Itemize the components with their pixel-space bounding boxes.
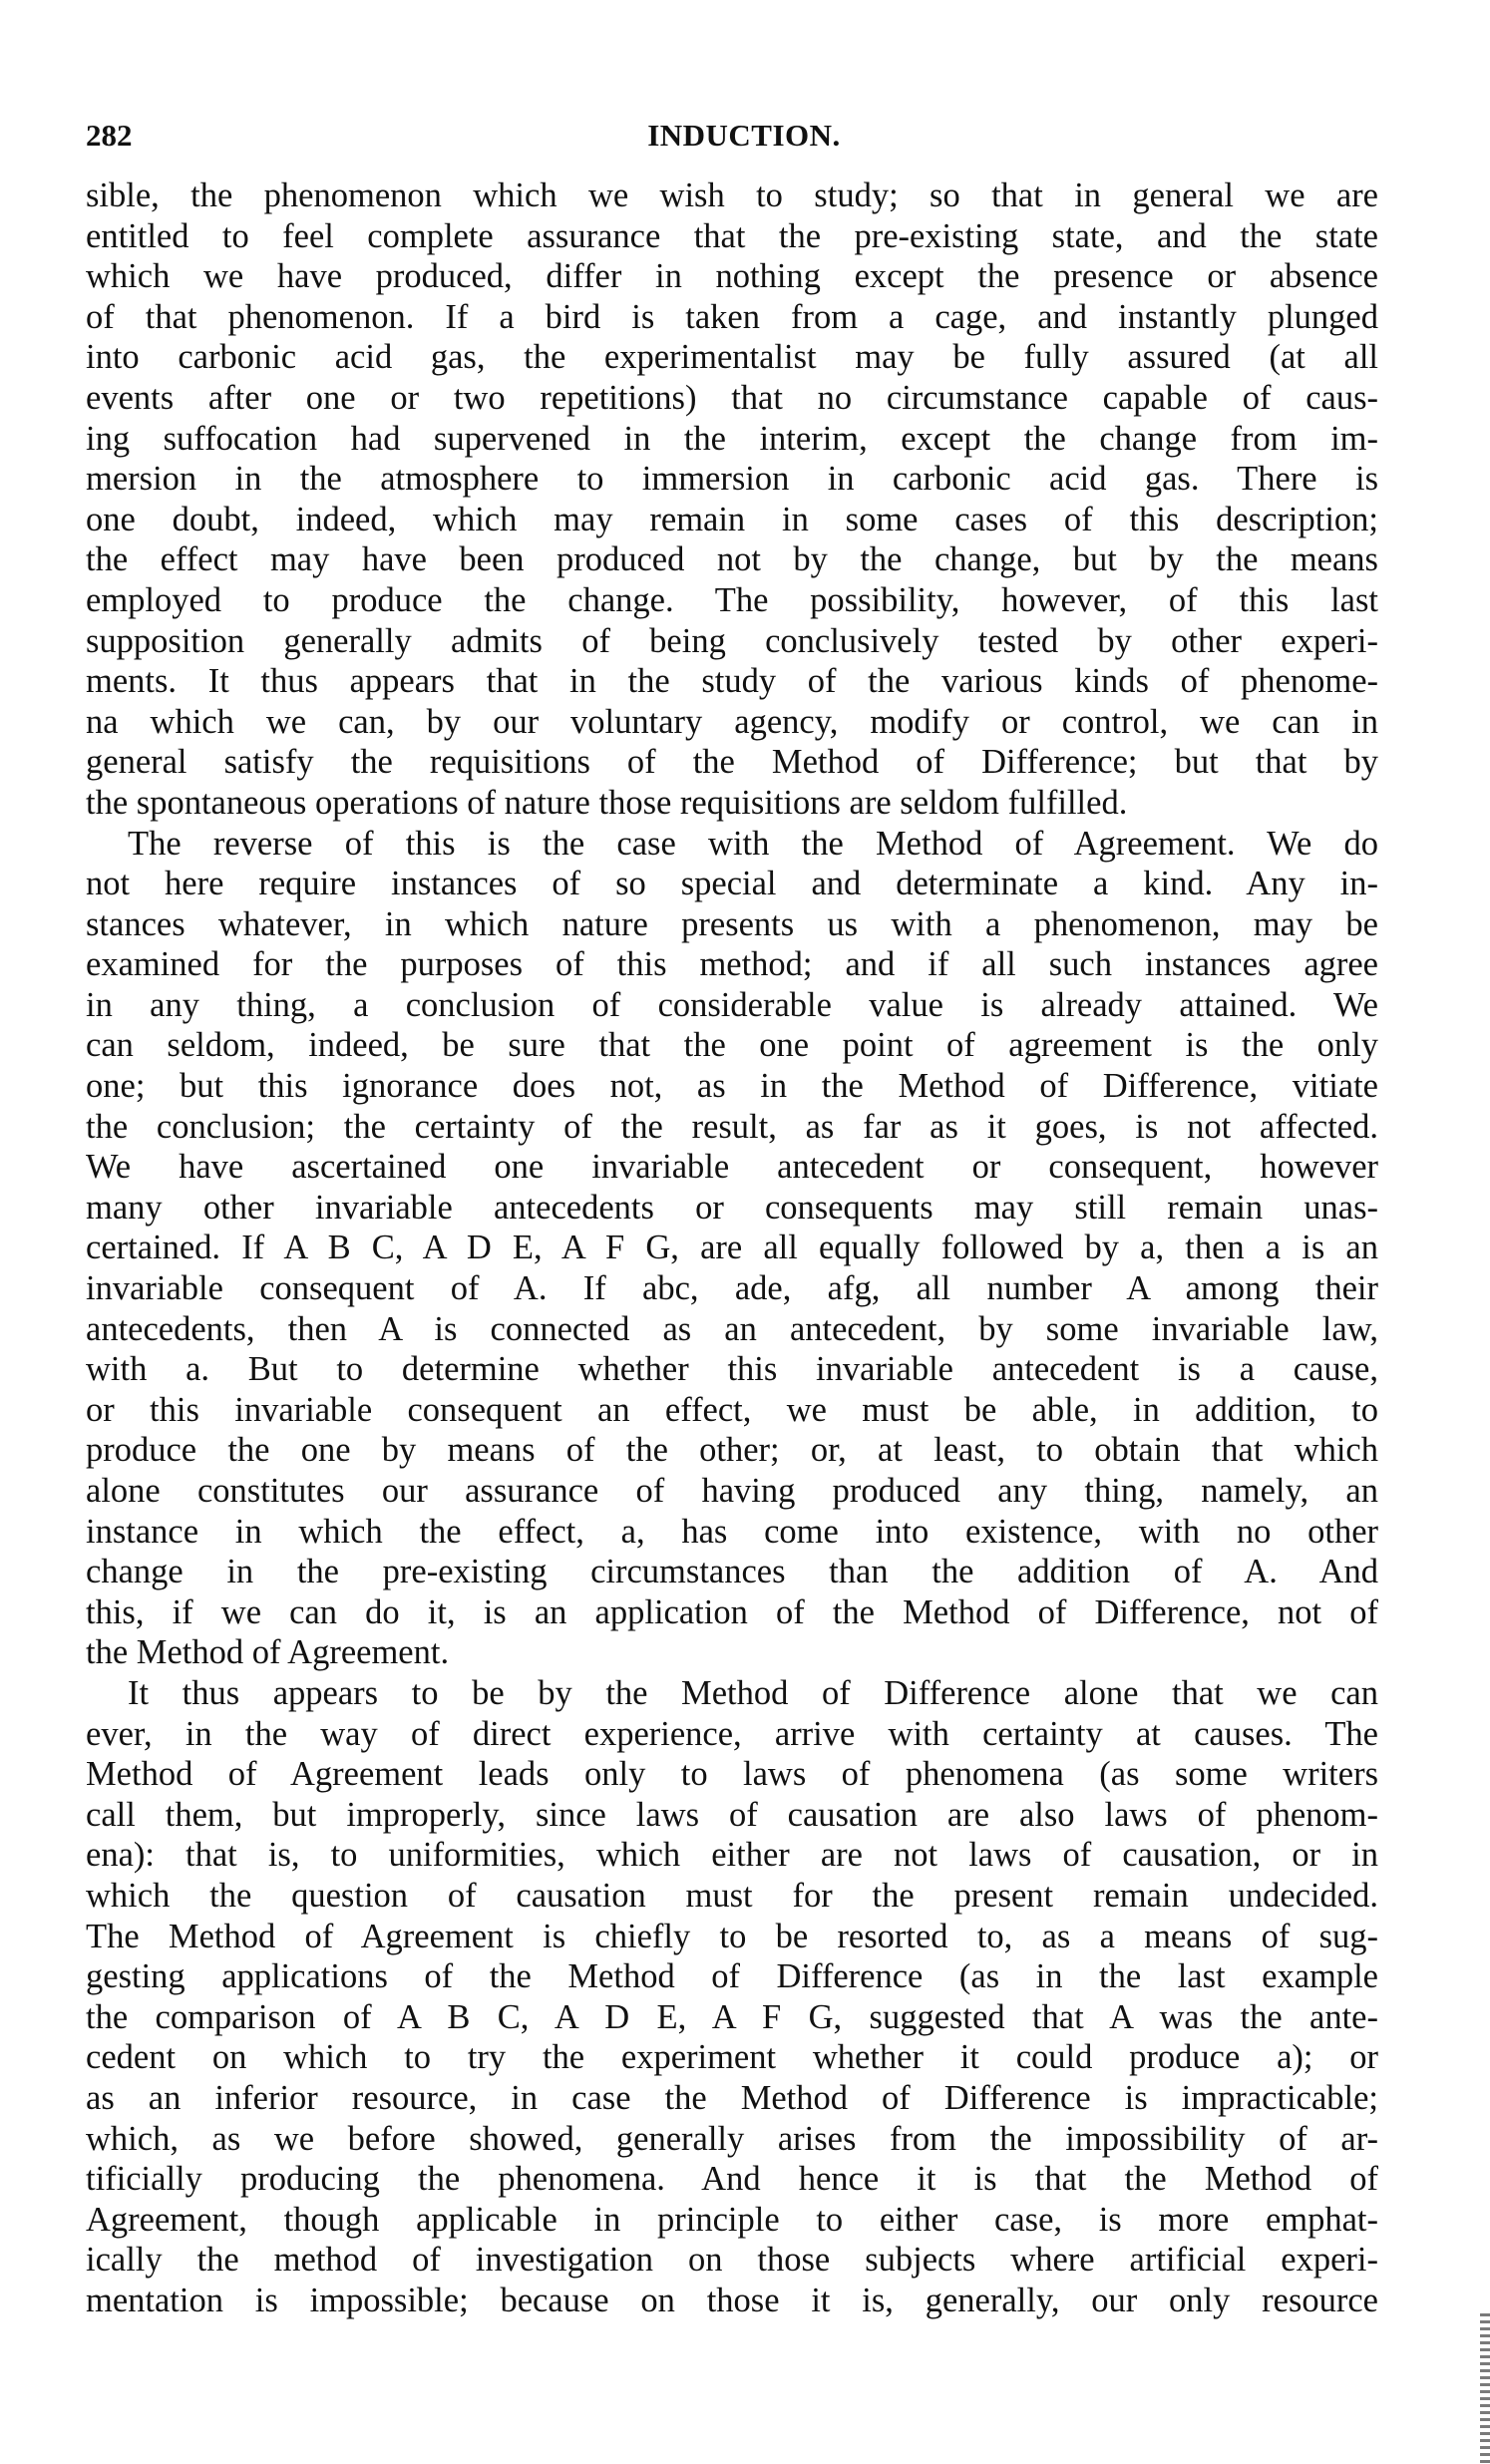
text-line: produce the one by means of the other; o… xyxy=(86,1430,1378,1471)
text-line: mersion in the atmosphere to immersion i… xyxy=(86,459,1378,500)
text-line: examined for the purposes of this method… xyxy=(86,944,1378,985)
text-line: na which we can, by our voluntary agency… xyxy=(86,702,1378,743)
text-line: as an inferior resource, in case the Met… xyxy=(86,2078,1378,2119)
text-line: ically the method of investigation on th… xyxy=(86,2240,1378,2281)
text-line: the effect may have been produced not by… xyxy=(86,539,1378,580)
text-line: Method of Agreement leads only to laws o… xyxy=(86,1754,1378,1795)
running-head: INDUCTION. xyxy=(86,118,1402,154)
text-line: not here require instances of so special… xyxy=(86,864,1378,904)
text-line: The Method of Agreement is chiefly to be… xyxy=(86,1917,1378,1957)
text-line: in any thing, a conclusion of considerab… xyxy=(86,985,1378,1026)
page-edge-mark xyxy=(1480,2313,1490,2463)
text-line: of that phenomenon. If a bird is taken f… xyxy=(86,297,1378,338)
text-line: which the question of causation must for… xyxy=(86,1876,1378,1917)
text-line: employed to produce the change. The poss… xyxy=(86,580,1378,621)
text-line: general satisfy the requisitions of the … xyxy=(86,742,1378,783)
text-line: ever, in the way of direct experience, a… xyxy=(86,1714,1378,1755)
text-line: Agreement, though applicable in principl… xyxy=(86,2200,1378,2241)
text-line: supposition generally admits of being co… xyxy=(86,621,1378,662)
text-line: antecedents, then A is connected as an a… xyxy=(86,1309,1378,1350)
text-line: this, if we can do it, is an application… xyxy=(86,1592,1378,1633)
text-line: mentation is impossible; because on thos… xyxy=(86,2281,1378,2321)
text-line: one; but this ignorance does not, as in … xyxy=(86,1066,1378,1107)
text-line: the Method of Agreement. xyxy=(86,1632,1378,1673)
text-line: ing suffocation had supervened in the in… xyxy=(86,419,1378,460)
text-line: sible, the phenomenon which we wish to s… xyxy=(86,176,1378,216)
text-line: events after one or two repetitions) tha… xyxy=(86,378,1378,419)
text-line: can seldom, indeed, be sure that the one… xyxy=(86,1025,1378,1066)
body-text: sible, the phenomenon which we wish to s… xyxy=(86,176,1378,2320)
text-line: The reverse of this is the case with the… xyxy=(86,824,1378,865)
text-line: or this invariable consequent an effect,… xyxy=(86,1390,1378,1431)
page-header: 282 INDUCTION. xyxy=(86,118,1402,158)
text-line: It thus appears to be by the Method of D… xyxy=(86,1673,1378,1714)
text-line: call them, but improperly, since laws of… xyxy=(86,1795,1378,1836)
text-line: the comparison of A B C, A D E, A F G, s… xyxy=(86,1997,1378,2038)
text-line: with a. But to determine whether this in… xyxy=(86,1349,1378,1390)
text-line: which we have produced, differ in nothin… xyxy=(86,256,1378,297)
text-line: gesting applications of the Method of Di… xyxy=(86,1956,1378,1997)
text-line: ments. It thus appears that in the study… xyxy=(86,661,1378,702)
paragraph: It thus appears to be by the Method of D… xyxy=(86,1673,1378,2321)
text-line: instance in which the effect, a, has com… xyxy=(86,1512,1378,1553)
text-line: many other invariable antecedents or con… xyxy=(86,1188,1378,1229)
paragraph: sible, the phenomenon which we wish to s… xyxy=(86,176,1378,824)
text-line: the spontaneous operations of nature tho… xyxy=(86,783,1378,824)
text-line: which, as we before showed, generally ar… xyxy=(86,2119,1378,2160)
text-line: tificially producing the phenomena. And … xyxy=(86,2159,1378,2200)
text-line: alone constitutes our assurance of havin… xyxy=(86,1471,1378,1512)
text-line: stances whatever, in which nature presen… xyxy=(86,904,1378,945)
text-line: the conclusion; the certainty of the res… xyxy=(86,1107,1378,1148)
text-line: ena): that is, to uniformities, which ei… xyxy=(86,1835,1378,1876)
text-line: one doubt, indeed, which may remain in s… xyxy=(86,500,1378,540)
text-line: invariable consequent of A. If abc, ade,… xyxy=(86,1268,1378,1309)
text-line: certained. If A B C, A D E, A F G, are a… xyxy=(86,1228,1378,1268)
paragraph: The reverse of this is the case with the… xyxy=(86,824,1378,1673)
text-line: cedent on which to try the experiment wh… xyxy=(86,2037,1378,2078)
text-line: We have ascertained one invariable antec… xyxy=(86,1147,1378,1188)
text-line: into carbonic acid gas, the experimental… xyxy=(86,337,1378,378)
text-line: change in the pre-existing circumstances… xyxy=(86,1552,1378,1592)
text-line: entitled to feel complete assurance that… xyxy=(86,216,1378,257)
